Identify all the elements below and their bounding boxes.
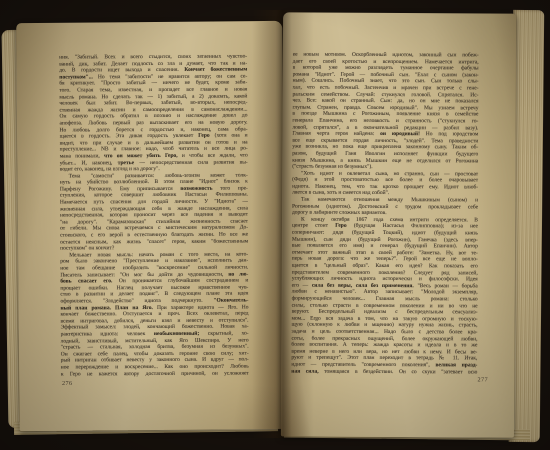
book-photo: ния. "Забитый. Всех и всего стыдится, св… [0, 0, 550, 450]
left-page-number: 276 [62, 380, 72, 387]
text-line: к Геро не кажется автору достаточной при… [61, 370, 249, 378]
right-page-text: ее новым мотивом. Оскорбленный идиотом, … [291, 52, 478, 376]
text-line: ная сила, томящаяся в бездействии. Он со… [291, 368, 477, 375]
left-page-text: ния. "Забитый. Всех и всего стыдится, св… [59, 54, 249, 378]
right-page-number: 277 [292, 376, 488, 384]
